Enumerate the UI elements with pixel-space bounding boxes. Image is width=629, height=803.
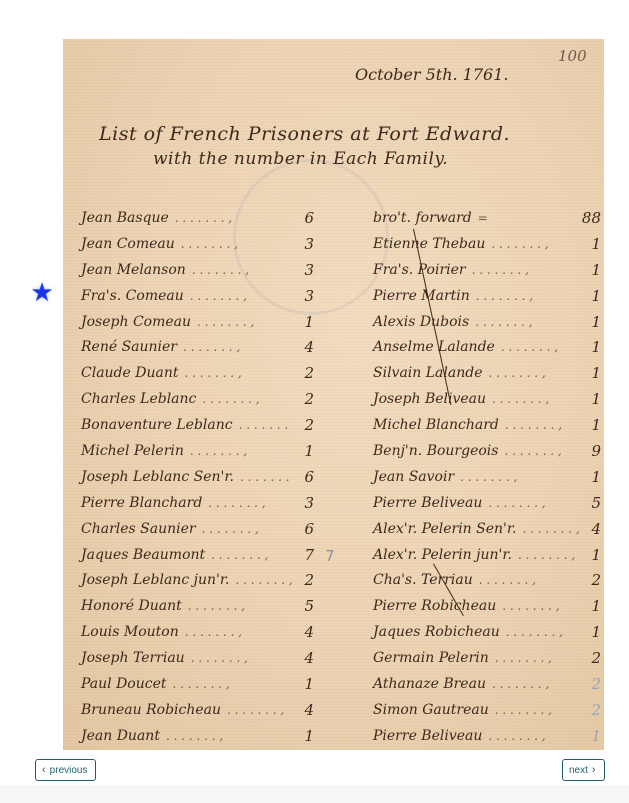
family-count: 3 [292,287,314,305]
leader-dots: . . . . . . . , [234,470,292,484]
leader-dots: . . . . . . . , [517,522,580,536]
family-count: 4 [292,649,314,667]
list-item: Athanaze Breau . . . . . . . ,2 [373,671,601,697]
leader-dots: . . . . . . . , [496,599,579,613]
leader-dots: . . . . . . . , [482,496,579,510]
family-count: 1 [579,468,601,486]
family-count: 4 [292,338,314,356]
leader-dots: . . . . . . . , [470,289,579,303]
list-item: Claude Duant . . . . . . . ,2 [81,360,326,386]
family-count: 1 [579,364,601,382]
prisoner-name: Jean Duant [81,728,160,744]
leader-dots: . . . . . . . , [486,392,579,406]
family-count: 1 [579,546,601,564]
family-count: 6 [292,209,314,227]
list-item: Joseph Beliveau . . . . . . . ,1 [373,386,601,412]
list-item: Alex'r. Pelerin Sen'r. . . . . . . . ,4 [373,516,601,542]
family-count: 4 [292,701,314,719]
leader-dots: . . . . . . . , [454,470,579,484]
list-item: Simon Gautreau . . . . . . . ,2 [373,697,601,723]
prisoner-name: Pierre Robicheau [373,598,496,614]
leader-dots: . . . . . . . , [184,444,292,458]
list-item: Pierre Beliveau . . . . . . . ,5 [373,490,601,516]
folio-number: 100 [558,47,587,65]
leader-dots: . . . . . . . , [499,418,579,432]
leader-dots: . . . . . . . , [489,651,579,665]
family-count: 7 [292,546,314,564]
list-item: Bruneau Robicheau . . . . . . . ,4 [81,697,326,723]
list-item: Jean Duant . . . . . . . ,1 [81,723,326,749]
list-item: Michel Blanchard . . . . . . . ,1 [373,412,601,438]
leader-dots: . . . . . . . , [512,548,579,562]
leader-dots: . . . . . . . , [221,703,292,717]
prisoner-name: bro't. forward [373,210,472,226]
family-count: 5 [579,494,601,512]
pencil-annotation: 7 [325,547,335,565]
list-item: Jean Melanson . . . . . . . ,3 [81,257,326,283]
family-count: 3 [292,235,314,253]
prisoner-name: Alex'r. Pelerin Sen'r. [373,521,517,537]
prisoner-name: Claude Duant [81,365,178,381]
leader-dots: . . . . . . . , [486,677,579,691]
prisoner-name: Michel Pelerin [81,443,184,459]
list-item: Charles Leblanc . . . . . . . ,2 [81,386,326,412]
list-item: Louis Mouton . . . . . . . ,4 [81,619,326,645]
prisoner-name: Jean Melanson [81,262,186,278]
leader-dots: . . . . . . . , [469,315,579,329]
prisoner-name: Benj'n. Bourgeois [373,443,498,459]
prisoner-name: Germain Pelerin [373,650,489,666]
prisoner-name: Joseph Leblanc Sen'r. [81,469,234,485]
leader-dots: . . . . . . . , [169,211,292,225]
leader-dots: . . . . . . . , [160,729,292,743]
prisoner-name: Simon Gautreau [373,702,489,718]
leader-dots: . . . . . . . , [184,289,292,303]
prisoner-name: Pierre Beliveau [373,495,482,511]
prisoner-name: Michel Blanchard [373,417,499,433]
leader-dots: . . . . . . . , [489,703,579,717]
family-count: 1 [579,390,601,408]
family-count: 1 [579,261,601,279]
list-item: Benj'n. Bourgeois . . . . . . . ,9 [373,438,601,464]
list-item: René Saunier . . . . . . . ,4 [81,334,326,360]
list-item: Jaques Robicheau . . . . . . . ,1 [373,619,601,645]
family-count: 6 [292,520,314,538]
list-item: Joseph Leblanc jun'r. . . . . . . . ,2 [81,567,326,593]
prisoner-name: Joseph Terriau [81,650,185,666]
list-item: Honoré Duant . . . . . . . ,5 [81,593,326,619]
list-item: Michel Pelerin . . . . . . . ,1 [81,438,326,464]
family-count: 6 [292,468,314,486]
list-item: Bonaventure Leblanc . . . . . . . ,2 [81,412,326,438]
list-item: Fra's. Comeau . . . . . . . ,3 [81,283,326,309]
leader-dots: . . . . . . . , [196,522,292,536]
family-count: 3 [292,261,314,279]
leader-dots: . . . . . . . , [179,625,292,639]
family-count: 2 [579,571,601,589]
prisoner-name: Jaques Robicheau [373,624,500,640]
leader-dots: . . . . . . . , [466,263,579,277]
leader-dots: . . . . . . . , [177,340,292,354]
next-label: next [569,765,588,776]
leader-dots: . . . . . . . , [482,729,579,743]
previous-button[interactable]: ‹ previous [35,759,96,781]
prisoner-name: Paul Doucet [81,676,167,692]
prisoner-name: Athanaze Breau [373,676,486,692]
list-item: Anselme Lalande . . . . . . . ,1 [373,334,601,360]
list-item: Pierre Beliveau . . . . . . . ,1 [373,723,601,749]
document-date: October 5th. 1761. [355,65,508,84]
leader-dots: . . . . . . . , [233,418,292,432]
leader-dots: . . . . . . . , [495,340,579,354]
prisoner-name: Bruneau Robicheau [81,702,221,718]
next-button[interactable]: next › [562,759,605,781]
list-item: Joseph Comeau . . . . . . . ,1 [81,309,326,335]
list-item: Joseph Leblanc Sen'r. . . . . . . . ,6 [81,464,326,490]
prisoner-name: Jean Savoir [373,469,454,485]
prisoner-name: Bonaventure Leblanc [81,417,233,433]
prisoner-name: Jean Comeau [81,236,175,252]
list-item: Jaques Beaumont . . . . . . . ,7 [81,542,326,568]
leader-dots: . . . . . . . , [498,444,579,458]
family-count: 2 [292,364,314,382]
leader-dots: . . . . . . . , [482,366,579,380]
leader-dots: = [472,211,579,225]
list-item: Germain Pelerin . . . . . . . ,2 [373,645,601,671]
manuscript-page-image: 100 October 5th. 1761. List of French Pr… [63,39,604,750]
family-count: 1 [292,675,314,693]
leader-dots: . . . . . . . , [205,548,292,562]
prisoner-name: Joseph Comeau [81,314,191,330]
family-count: 1 [579,287,601,305]
left-column-list: Jean Basque . . . . . . . ,6Jean Comeau … [81,205,326,749]
prisoner-name: Jean Basque [81,210,169,226]
family-count: 2 [579,701,601,719]
prisoner-name: Joseph Leblanc jun'r. [81,572,229,588]
leader-dots: . . . . . . . , [500,625,579,639]
family-count: 2 [292,571,314,589]
list-item: Pierre Martin . . . . . . . ,1 [373,283,601,309]
leader-dots: . . . . . . . , [229,573,292,587]
prisoner-name: Alex'r. Pelerin jun'r. [373,547,512,563]
leader-dots: . . . . . . . , [191,315,292,329]
family-count: 4 [292,623,314,641]
family-count: 1 [292,442,314,460]
family-count: 1 [579,235,601,253]
prisoner-name: Charles Leblanc [81,391,196,407]
prisoner-name: Pierre Martin [373,288,470,304]
prisoner-name: Etienne Thebau [373,236,485,252]
prisoner-name: Fra's. Comeau [81,288,184,304]
chevron-right-icon: › [592,764,596,776]
list-item: Paul Doucet . . . . . . . ,1 [81,671,326,697]
family-count: 1 [579,597,601,615]
list-item: Pierre Blanchard . . . . . . . ,3 [81,490,326,516]
leader-dots: . . . . . . . , [202,496,292,510]
family-count: 88 [579,209,601,227]
prisoner-name: René Saunier [81,339,177,355]
prisoner-name: Pierre Blanchard [81,495,202,511]
prisoner-name: Charles Saunier [81,521,196,537]
leader-dots: . . . . . . . , [185,651,292,665]
family-count: 9 [579,442,601,460]
leader-dots: . . . . . . . , [473,573,579,587]
leader-dots: . . . . . . . , [178,366,292,380]
list-item: Etienne Thebau . . . . . . . ,1 [373,231,601,257]
prisoner-name: Anselme Lalande [373,339,495,355]
list-item: bro't. forward =88 [373,205,601,231]
family-count: 1 [579,727,601,745]
list-item: Charles Saunier . . . . . . . ,6 [81,516,326,542]
prisoner-name: Cha's. Terriau [373,572,473,588]
family-count: 2 [579,675,601,693]
family-count: 1 [579,623,601,641]
list-item: Pierre Robicheau . . . . . . . ,1 [373,593,601,619]
list-item: Jean Basque . . . . . . . ,6 [81,205,326,231]
family-count: 2 [579,649,601,667]
list-item: Fra's. Poirier . . . . . . . ,1 [373,257,601,283]
prisoner-name: Silvain Lalande [373,365,482,381]
family-count: 1 [579,313,601,331]
family-count: 1 [579,338,601,356]
family-count: 1 [292,727,314,745]
list-item: Jean Savoir . . . . . . . ,1 [373,464,601,490]
family-count: 1 [579,416,601,434]
prisoner-name: Jaques Beaumont [81,547,205,563]
bookmark-star-icon[interactable]: ★ [28,279,56,307]
leader-dots: . . . . . . . , [167,677,292,691]
prisoner-name: Joseph Beliveau [373,391,486,407]
family-count: 4 [579,520,601,538]
leader-dots: . . . . . . . , [485,237,579,251]
family-count: 1 [292,313,314,331]
document-subtitle: with the number in Each Family. [153,149,448,169]
list-item: Alexis Dubois . . . . . . . ,1 [373,309,601,335]
prisoner-name: Honoré Duant [81,598,182,614]
list-item: Alex'r. Pelerin jun'r. . . . . . . . ,1 [373,542,601,568]
leader-dots: . . . . . . . , [182,599,292,613]
prisoner-name: Pierre Beliveau [373,728,482,744]
leader-dots: . . . . . . . , [186,263,292,277]
previous-label: previous [50,765,88,776]
family-count: 3 [292,494,314,512]
prisoner-name: Louis Mouton [81,624,179,640]
document-title: List of French Prisoners at Fort Edward. [99,123,510,145]
chevron-left-icon: ‹ [42,764,46,776]
prisoner-name: Alexis Dubois [373,314,469,330]
footer-band [0,785,629,803]
leader-dots: . . . . . . . , [196,392,292,406]
list-item: Jean Comeau . . . . . . . ,3 [81,231,326,257]
right-column-list: bro't. forward =88Etienne Thebau . . . .… [373,205,601,749]
family-count: 2 [292,390,314,408]
list-item: Cha's. Terriau . . . . . . . ,2 [373,567,601,593]
prisoner-name: Fra's. Poirier [373,262,466,278]
list-item: Joseph Terriau . . . . . . . ,4 [81,645,326,671]
family-count: 2 [292,416,314,434]
family-count: 5 [292,597,314,615]
list-item: Silvain Lalande . . . . . . . ,1 [373,360,601,386]
leader-dots: . . . . . . . , [175,237,292,251]
